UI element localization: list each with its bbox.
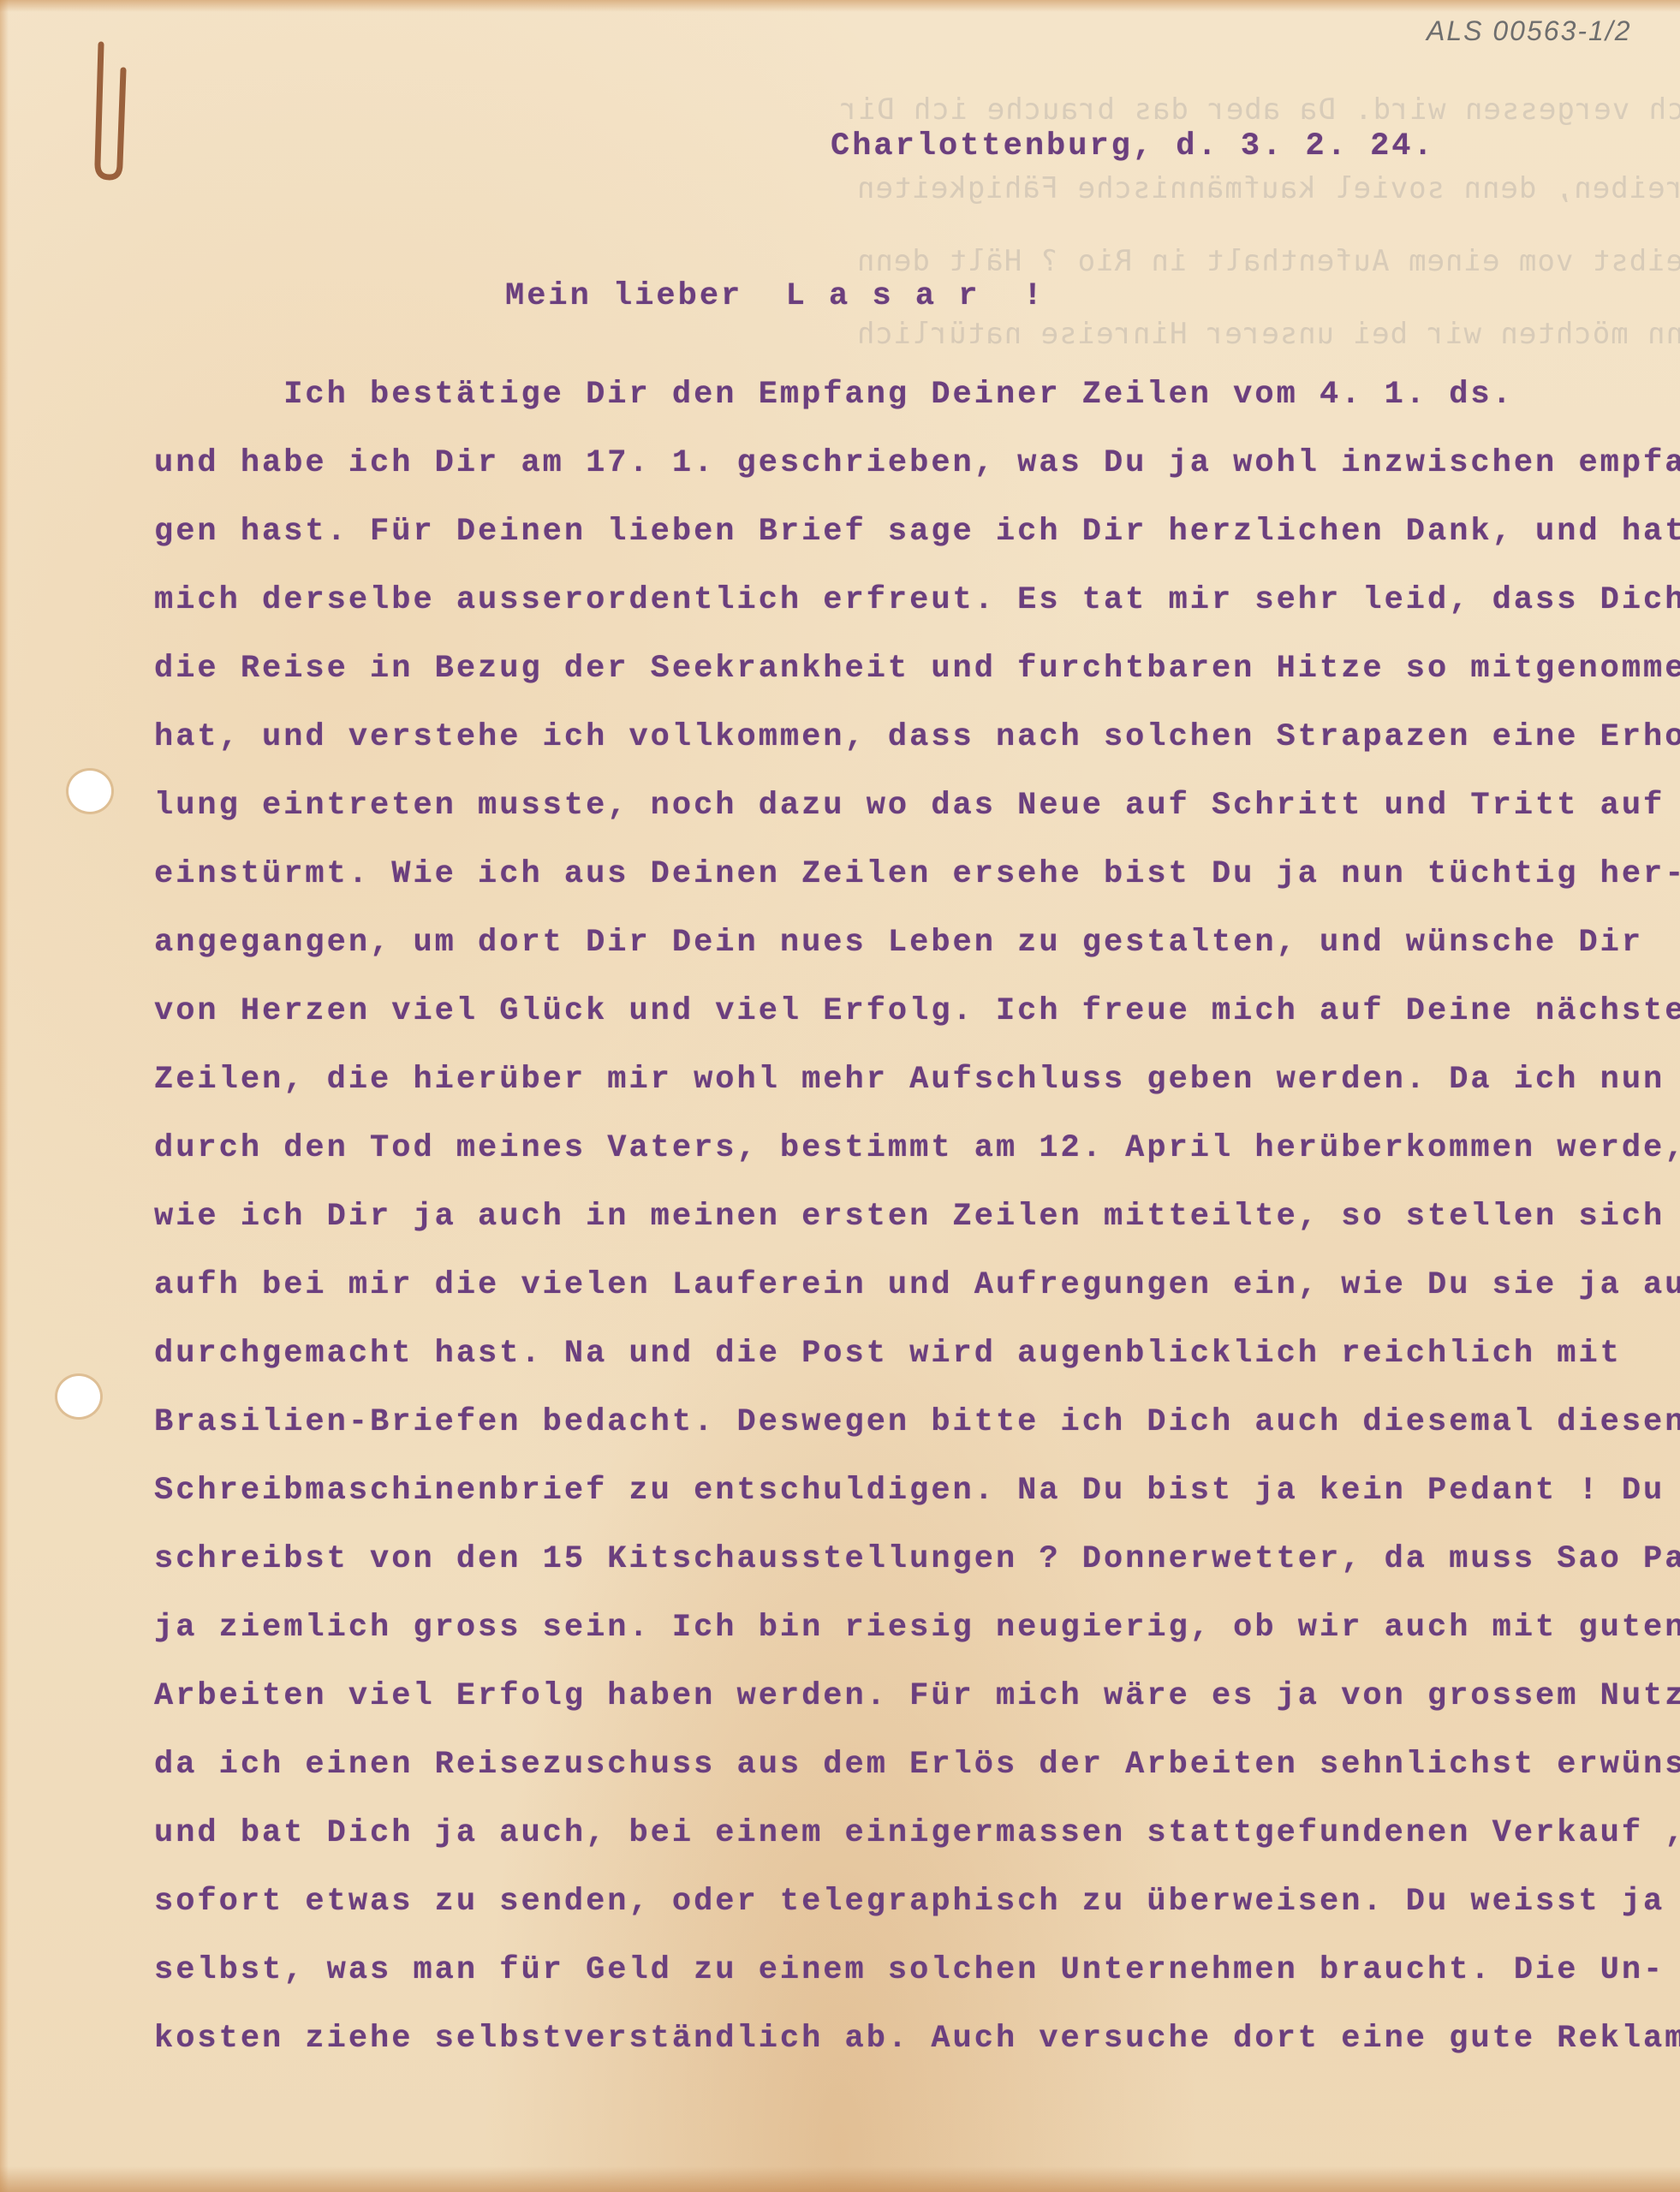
letter-salutation: Mein lieber L a s a r !	[505, 278, 1045, 314]
letter-body-line: kosten ziehe selbstverständlich ab. Auch…	[154, 2021, 1680, 2057]
letter-body-line: Schreibmaschinenbrief zu entschuldigen. …	[154, 1473, 1665, 1509]
letter-body-line: wie ich Dir ja auch in meinen ersten Zei…	[154, 1199, 1665, 1235]
letter-body-line: mich derselbe ausserordentlich erfreut. …	[154, 582, 1680, 618]
letter-body-line: ja ziemlich gross sein. Ich bin riesig n…	[154, 1610, 1680, 1646]
letter-body-line: durchgemacht hast. Na und die Post wird …	[154, 1336, 1622, 1372]
punch-hole-icon	[57, 1376, 100, 1417]
letter-body-line: da ich einen Reisezuschuss aus dem Erlös…	[154, 1747, 1680, 1783]
letter-body-line: Zeilen, die hierüber mir wohl mehr Aufsc…	[154, 1062, 1665, 1098]
letter-body-line: selbst, was man für Geld zu einem solche…	[154, 1952, 1665, 1988]
letter-body-line: und habe ich Dir am 17. 1. geschrieben, …	[154, 445, 1680, 481]
bleed-through-line: zu machen, die natürlich auch vergessen …	[839, 92, 1680, 127]
letter-body-line: Brasilien-Briefen bedacht. Deswegen bitt…	[154, 1404, 1680, 1440]
bleed-through-line: besitzt Du ja. Du schreibst vom einem Au…	[856, 244, 1680, 278]
letter-body-line: hat, und verstehe ich vollkommen, dass n…	[154, 719, 1680, 755]
letter-body-line: von Herzen viel Glück und viel Erfolg. I…	[154, 993, 1680, 1029]
letter-body-line: Ich bestätige Dir den Empfang Deiner Zei…	[154, 377, 1514, 413]
letter-body-line: Arbeiten viel Erfolg haben werden. Für m…	[154, 1678, 1680, 1714]
punch-hole-icon	[69, 771, 111, 812]
letter-body-line: die Reise in Bezug der Seekrankheit und …	[154, 651, 1680, 687]
archive-id-pencil-note: ALS 00563-1/2	[1427, 15, 1632, 47]
paperclip-rust-mark-icon	[86, 36, 128, 182]
letter-page: ALS 00563-1/2 zu machen, die natürlich a…	[0, 0, 1680, 2192]
paper-edge-stain-left	[0, 0, 9, 2192]
paper-edge-stain-bottom	[0, 2166, 1680, 2192]
letter-body-line: einstürmt. Wie ich aus Deinen Zeilen ers…	[154, 856, 1680, 892]
letter-body-line: gen hast. Für Deinen lieben Brief sage i…	[154, 514, 1680, 550]
letter-body-line: angegangen, um dort Dir Dein nues Leben …	[154, 925, 1643, 961]
letter-body-line: durch den Tod meines Vaters, bestimmt am…	[154, 1130, 1680, 1166]
letter-dateline: Charlottenburg, d. 3. 2. 24.	[831, 128, 1435, 164]
letter-body-line: lung eintreten musste, noch dazu wo das …	[154, 788, 1680, 824]
bleed-through-line: ja wohl garnicht erst zu schreiben, denn…	[856, 171, 1680, 205]
bleed-through-line: der Dampfer so lange ? Denn möchten wir …	[856, 317, 1680, 351]
letter-body-line: aufh bei mir die vielen Lauferein und Au…	[154, 1267, 1680, 1303]
paper-edge-stain-top	[0, 0, 1680, 12]
letter-body-line: und bat Dich ja auch, bei einem einigerm…	[154, 1815, 1680, 1851]
letter-body-line: sofort etwas zu senden, oder telegraphis…	[154, 1884, 1665, 1920]
letter-body-line: schreibst von den 15 Kitschausstellungen…	[154, 1541, 1680, 1577]
